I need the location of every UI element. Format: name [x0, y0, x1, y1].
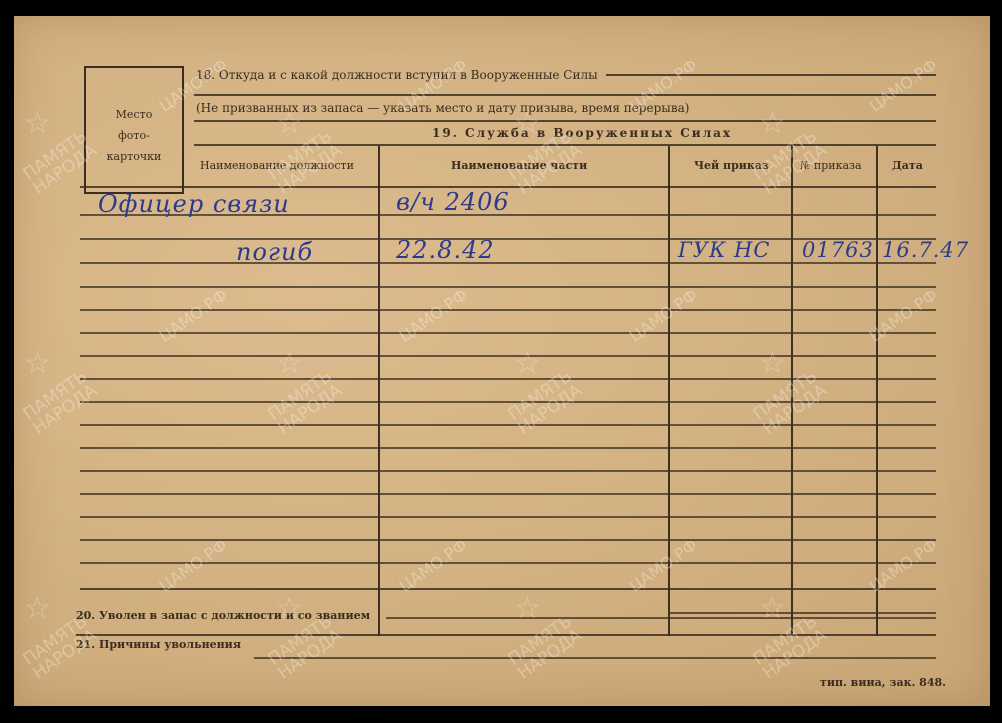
archive-watermark: ЦАМО.РФ: [156, 535, 231, 595]
row1-unit: в/ч 2406: [396, 188, 510, 216]
row2-whose-order: ГУК НС: [678, 238, 770, 262]
star-watermark-icon: ☆: [24, 106, 51, 141]
photo-placeholder-box: Место фото- карточки: [84, 66, 184, 194]
section-19-title: 19. Служба в Вооруженных Силах: [432, 126, 732, 140]
memory-watermark-line2: НАРОДА: [516, 382, 586, 438]
column-header-whose-order: Чей приказ: [694, 159, 769, 172]
section-18-rule: [194, 120, 936, 122]
star-watermark-icon: ☆: [514, 591, 541, 626]
memory-watermark-line1: ПАМЯТЬ: [751, 368, 821, 424]
section-18-fill-line: [606, 74, 936, 76]
memory-watermark-line2: НАРОДА: [761, 382, 831, 438]
table-row-line: [668, 612, 936, 614]
archive-watermark: ЦАМО.РФ: [396, 535, 471, 595]
archive-watermark: ЦАМО.РФ: [156, 285, 231, 345]
section-20-label: 20. Уволен в запас с должности и со зван…: [76, 609, 370, 622]
table-row-line: [80, 493, 936, 495]
star-watermark-icon: ☆: [759, 591, 786, 626]
memory-watermark: ПАМЯТЬНАРОДА: [506, 613, 585, 683]
table-row-line: [80, 447, 936, 449]
section-18-note: (Не призванных из запаса — указать место…: [196, 101, 689, 115]
memory-watermark-line1: ПАМЯТЬ: [266, 128, 336, 184]
star-watermark-icon: ☆: [759, 346, 786, 381]
table-row-line: [80, 539, 936, 541]
table-row-line: [80, 516, 936, 518]
service-record-card: Место фото- карточки 18. Откуда и с како…: [14, 16, 990, 706]
archive-watermark: ЦАМО.РФ: [626, 535, 701, 595]
section-18-label: 18. Откуда и с какой должности вступил в…: [196, 68, 598, 82]
section-18-fill-line-2: [194, 94, 936, 96]
table-row-line: [80, 562, 936, 564]
column-header-unit: Наименование части: [451, 159, 587, 172]
memory-watermark: ПАМЯТЬНАРОДА: [266, 613, 345, 683]
memory-watermark-line1: ПАМЯТЬ: [506, 368, 576, 424]
memory-watermark-line1: ПАМЯТЬ: [506, 613, 576, 669]
section-21-fill-line: [254, 657, 936, 659]
star-watermark-icon: ☆: [24, 346, 51, 381]
section-21-label: 21. Причины увольнения: [76, 638, 241, 651]
row1-position: Офицер связи: [98, 190, 290, 218]
memory-watermark-line2: НАРОДА: [276, 382, 346, 438]
table-row-line: [80, 424, 936, 426]
star-watermark-icon: ☆: [24, 591, 51, 626]
star-watermark-icon: ☆: [514, 346, 541, 381]
row2-order-number: 01763: [802, 238, 874, 262]
memory-watermark-line1: ПАМЯТЬ: [751, 613, 821, 669]
archive-watermark: ЦАМО.РФ: [396, 285, 471, 345]
table-row-line: [80, 262, 936, 264]
archive-watermark: ЦАМО.РФ: [866, 55, 941, 115]
table-row-line: [80, 332, 936, 334]
star-watermark-icon: ☆: [759, 106, 786, 141]
table-row-line: [80, 470, 936, 472]
section-20-fill-line: [386, 617, 936, 619]
memory-watermark-line1: ПАМЯТЬ: [21, 368, 91, 424]
section-20-rule: [76, 634, 936, 636]
column-header-order-number: № приказа: [800, 159, 862, 172]
table-top-rule: [194, 144, 936, 146]
table-row-line: [80, 309, 936, 311]
column-header-date: Дата: [892, 159, 923, 172]
memory-watermark-line1: ПАМЯТЬ: [266, 368, 336, 424]
row2-date: 16.7.47: [882, 238, 969, 262]
table-row-line: [80, 378, 936, 380]
table-bottom-rule: [80, 588, 936, 590]
row2-unit: 22.8.42: [396, 236, 495, 264]
memory-watermark-line2: НАРОДА: [31, 382, 101, 438]
memory-watermark-line1: ПАМЯТЬ: [21, 128, 91, 184]
star-watermark-icon: ☆: [276, 346, 303, 381]
photo-label-line2: фото-: [86, 125, 182, 146]
printer-mark: тип. вииа, зак. 848.: [820, 676, 946, 689]
table-row-line: [80, 401, 936, 403]
row2-position: погиб: [236, 238, 313, 266]
column-header-position: Наименование должности: [200, 159, 354, 172]
photo-label-line1: Место: [86, 104, 182, 125]
memory-watermark-line1: ПАМЯТЬ: [751, 128, 821, 184]
photo-label-line3: карточки: [86, 146, 182, 167]
archive-watermark: ЦАМО.РФ: [626, 285, 701, 345]
table-row-line: [80, 286, 936, 288]
table-row-line: [80, 355, 936, 357]
